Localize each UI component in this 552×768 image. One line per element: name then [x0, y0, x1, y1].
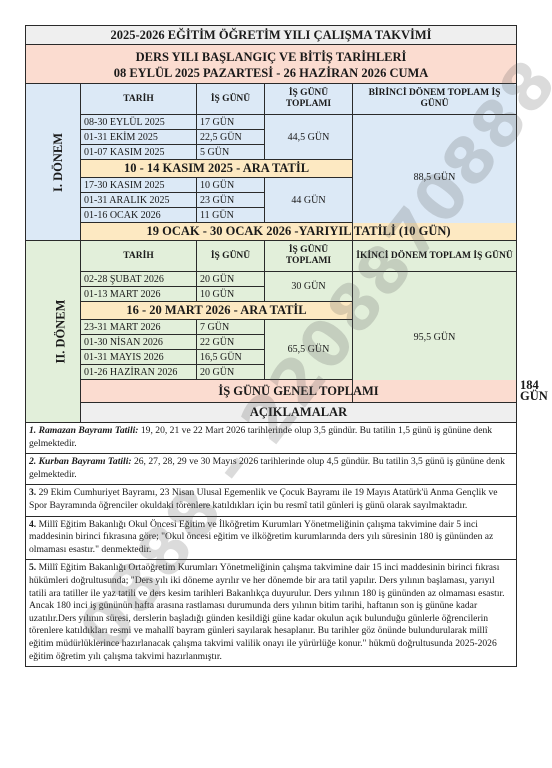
term-2-label: II. DÖNEM: [26, 241, 81, 423]
note-5: 5. Millî Eğitim Bakanlığı Ortaöğretim Ku…: [26, 560, 517, 667]
note-1: 1. Ramazan Bayramı Tatili: 19, 20, 21 ve…: [26, 423, 517, 454]
range-line-1: DERS YILI BAŞLANGIÇ VE BİTİŞ TARİHLERİ: [29, 49, 513, 65]
calendar-table: 2025-2026 EĞİTİM ÖĞRETİM YILI ÇALIŞMA TA…: [25, 25, 517, 667]
semester-break: 19 OCAK - 30 OCAK 2026 -YARIYIL TATİLİ (…: [81, 223, 517, 241]
calendar-document: 2025-2026 EĞİTİM ÖĞRETİM YILI ÇALIŞMA TA…: [25, 25, 516, 667]
col-header-is-gunu-toplami-2: İŞ GÜNÜ TOPLAMI: [265, 241, 353, 272]
notes-title: AÇIKLAMALAR: [81, 403, 517, 423]
col-header-is-gunu-toplami: İŞ GÜNÜ TOPLAMI: [265, 84, 353, 115]
grand-total-label: İŞ GÜNÜ GENEL TOPLAMI: [81, 380, 517, 403]
note-3: 3. 29 Ekim Cumhuriyet Bayramı, 23 Nisan …: [26, 485, 517, 516]
term-1-part-1-total: 44,5 GÜN: [265, 115, 353, 160]
col-header-tarih: TARİH: [81, 84, 197, 115]
term-2-mid-break: 16 - 20 MART 2026 - ARA TATİL: [81, 302, 353, 320]
term-1-label: I. DÖNEM: [26, 84, 81, 241]
col-header-tarih-2: TARİH: [81, 241, 197, 272]
note-2: 2. Kurban Bayramı Tatili: 26, 27, 28, 29…: [26, 454, 517, 485]
note-4: 4. Millî Eğitim Bakanlığı Okul Öncesi Eğ…: [26, 516, 517, 560]
col-header-term-2-total: İKİNCİ DÖNEM TOPLAM İŞ GÜNÜ: [353, 241, 517, 272]
range-line-2: 08 EYLÜL 2025 PAZARTESİ - 26 HAZİRAN 202…: [29, 65, 513, 81]
col-header-term-1-total: BİRİNCİ DÖNEM TOPLAM İŞ GÜNÜ: [353, 84, 517, 115]
term-1-mid-break: 10 - 14 KASIM 2025 - ARA TATİL: [81, 160, 353, 178]
school-year-range: DERS YILI BAŞLANGIÇ VE BİTİŞ TARİHLERİ 0…: [26, 45, 517, 84]
term-1-part-2-total: 44 GÜN: [265, 178, 353, 223]
col-header-is-gunu: İŞ GÜNÜ: [197, 84, 265, 115]
table-row: 02-28 ŞUBAT 2026 20 GÜN 30 GÜN 95,5 GÜN: [26, 272, 517, 287]
table-row: 08-30 EYLÜL 2025 17 GÜN 44,5 GÜN 88,5 GÜ…: [26, 115, 517, 130]
page-title: 2025-2026 EĞİTİM ÖĞRETİM YILI ÇALIŞMA TA…: [26, 26, 517, 45]
term-2-part-2-total: 65,5 GÜN: [265, 320, 353, 380]
term-2-part-1-total: 30 GÜN: [265, 272, 353, 302]
col-header-is-gunu-2: İŞ GÜNÜ: [197, 241, 265, 272]
